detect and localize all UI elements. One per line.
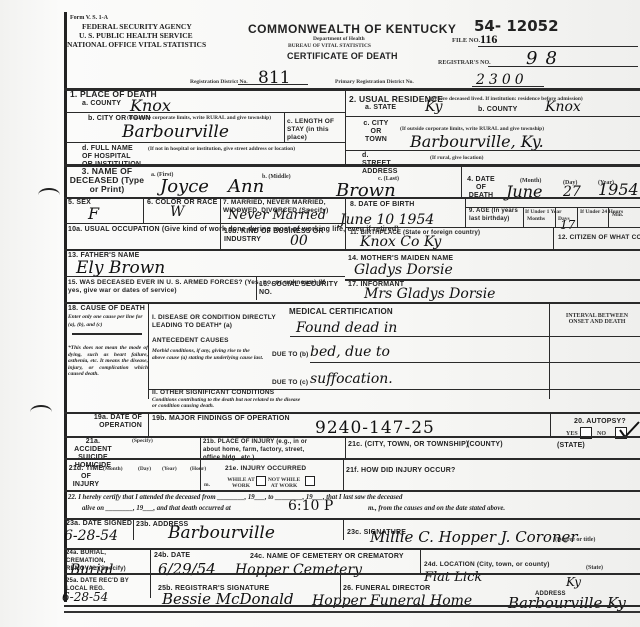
certifier-signature: Millie C. Hopper J. Coroner	[370, 528, 578, 546]
mother-name: Gladys Dorsie	[354, 262, 453, 278]
time-col-day: (Day)	[138, 466, 151, 472]
length-of-stay-label: c. LENGTH OF STAY (in this place)	[287, 118, 343, 142]
business: 00	[290, 233, 308, 249]
marital-status: Never Married	[228, 208, 326, 223]
time-of-injury-label: 21d. TIME OF INJURY	[68, 465, 104, 489]
burial-date: 6/29/54	[158, 560, 216, 578]
cemetery-label: 24c. NAME OF CEMETERY OR CREMATORY	[250, 553, 404, 561]
res-city-label: c. CITY OR TOWN	[362, 120, 390, 144]
other-conditions-label: II. OTHER SIGNIFICANT CONDITIONS	[152, 389, 274, 397]
burial-location-state: Ky	[566, 575, 581, 589]
location-state-label: (State)	[586, 565, 603, 571]
death-certificate-page: Form V. S. 1-A FEDERAL SECURITY AGENCY U…	[0, 0, 640, 627]
certifier-address: Barbourville	[168, 523, 275, 543]
received-date: 6-28-54	[62, 590, 108, 604]
department: Department of Health	[313, 36, 365, 42]
cause-instruction: Enter only one cause per line for (a), (…	[68, 314, 148, 329]
city-note: (If outside corporate limits, write RURA…	[127, 115, 271, 121]
degree-label: (Degree or title)	[555, 537, 595, 543]
cause-line-b: bed, due to	[310, 344, 390, 360]
agency-line-2: U. S. PUBLIC HEALTH SERVICE	[79, 31, 193, 40]
operation-date-label: 19a. DATE OF OPERATION	[68, 414, 142, 430]
date-signed-label: 23a. DATE SIGNED	[66, 520, 132, 528]
injury-county-label: (COUNTY)	[467, 441, 503, 449]
date-signed: 6-28-54	[64, 528, 118, 544]
primary-district-label: Primary Registration District No.	[335, 79, 414, 85]
time-col-year: (Year)	[162, 466, 177, 472]
certificate-title: CERTIFICATE OF DEATH	[287, 52, 398, 61]
accident-specify-label: (Specify)	[132, 438, 153, 444]
age-under1-label: If Under 1 Year	[525, 209, 562, 215]
not-while-at-work-label: NOT WHILE AT WORK	[266, 477, 302, 489]
res-state: Ky	[425, 99, 442, 115]
agency-line-1: FEDERAL SECURITY AGENCY	[82, 22, 192, 31]
while-at-work-label: WHILE AT WORK	[226, 477, 256, 489]
bureau: BUREAU OF VITAL STATISTICS	[288, 43, 371, 49]
file-no-label: FILE NO.	[452, 38, 480, 44]
cause-line-c: suffocation.	[310, 371, 393, 387]
first-name: Joyce	[160, 176, 209, 197]
bottom-border	[64, 611, 640, 613]
death-time: 6:10 P	[288, 498, 333, 514]
antecedent-label: ANTECEDENT CAUSES	[152, 337, 229, 345]
interval-label: INTERVAL BETWEEN ONSET AND DEATH	[557, 313, 637, 325]
state-title: COMMONWEALTH OF KENTUCKY	[248, 22, 456, 36]
res-state-label: a. STATE	[365, 104, 396, 112]
county-label: a. COUNTY	[82, 100, 121, 108]
death-city: Barbourville	[122, 122, 229, 142]
agency-line-3: NATIONAL OFFICE VITAL STATISTICS	[67, 40, 206, 49]
cause-line-a: Found dead in	[296, 320, 397, 336]
citizen-label: 12. CITIZEN OF WHAT COUNTRY?	[558, 234, 640, 242]
line-a-label: I. DISEASE OR CONDITION DIRECTLY LEADING…	[152, 314, 287, 330]
funeral-address: Barbourville Ky	[508, 594, 626, 612]
age-label: 9. AGE (In years last birthday)	[469, 207, 519, 223]
not-while-at-work-checkbox[interactable]	[305, 476, 315, 486]
burial-date-label: 24b. DATE	[154, 552, 190, 560]
middle-name-label: b. (Middle)	[262, 174, 291, 180]
file-no: 116	[480, 32, 497, 47]
res-county-label: b. COUNTY	[478, 106, 518, 114]
certification-statement-1: 22. I hereby certify that I attended the…	[68, 494, 402, 502]
medical-certification-label: MEDICAL CERTIFICATION	[289, 308, 393, 316]
burial: Burial	[70, 562, 113, 578]
location-label: 24d. LOCATION (City, town, or county)	[424, 561, 550, 569]
injury-occurred-label: 21e. INJURY OCCURRED	[225, 465, 306, 473]
cemetery: Hopper Cemetery	[235, 562, 362, 578]
certification-statement-2: alive on ________, 19___, and that death…	[82, 505, 231, 513]
cause-footnote: *This does not mean the mode of dying, s…	[68, 345, 148, 378]
funeral-director-label: 26. FUNERAL DIRECTOR	[343, 585, 430, 593]
race: W	[170, 204, 184, 220]
middle-name: Ann	[228, 176, 264, 197]
sex: F	[88, 204, 99, 223]
due-to-b-label: DUE TO (b)	[272, 351, 309, 359]
informant: Mrs Gladys Dorsie	[364, 286, 495, 302]
while-at-work-checkbox[interactable]	[256, 476, 266, 486]
operation-findings-label: 19b. MAJOR FINDINGS OF OPERATION	[152, 415, 290, 423]
time-col-hour: (Hour)	[190, 466, 206, 472]
name-of-deceased-label: 3. NAME OF DECEASED (Type or Print)	[68, 167, 146, 194]
time-m-label: m.	[204, 482, 210, 488]
registrars-no-label: REGISTRAR'S NO.	[438, 60, 491, 66]
age-min-label: Min.	[612, 212, 623, 218]
cause-of-death-label: 18. CAUSE OF DEATH	[68, 305, 145, 313]
ssn-label: 16. SOCIAL SECURITY NO.	[259, 281, 343, 297]
res-street-note: (If rural, give location)	[430, 155, 483, 161]
due-to-c-label: DUE TO (c)	[272, 379, 308, 387]
age-days: 17	[560, 218, 575, 232]
injury-state-label: (STATE)	[557, 442, 585, 450]
antecedent-note: Morbid conditions, if any, giving rise t…	[152, 348, 264, 361]
hospital-note: (If not in hospital or institution, give…	[148, 146, 295, 152]
res-city: Barbourville, Ky.	[410, 132, 544, 151]
other-conditions-note: Conditions contributing to the death but…	[152, 397, 302, 409]
res-county: Knox	[545, 99, 581, 115]
time-col-month: (Month)	[103, 466, 123, 472]
registration-district: 811	[258, 68, 290, 88]
father-name: Ely Brown	[76, 258, 165, 278]
birthplace: Knox Co Ky	[360, 234, 441, 250]
operation-findings: 9240-147-25	[315, 418, 435, 438]
business-label: 10b. KIND OF BUSINESS OR INDUSTRY	[224, 228, 336, 244]
birth-date-label: 8. DATE OF BIRTH	[350, 201, 415, 209]
punch-hole-mark	[38, 188, 60, 202]
how-injury-label: 21f. HOW DID INJURY OCCUR?	[346, 467, 455, 475]
injury-city-label: 21c. (CITY, TOWN, OR TOWNSHIP)	[348, 441, 468, 449]
certification-statement-3: m., from the causes and on the date stat…	[368, 505, 505, 513]
age-months-label: Months	[527, 216, 545, 222]
punch-hole-mark	[30, 405, 52, 419]
